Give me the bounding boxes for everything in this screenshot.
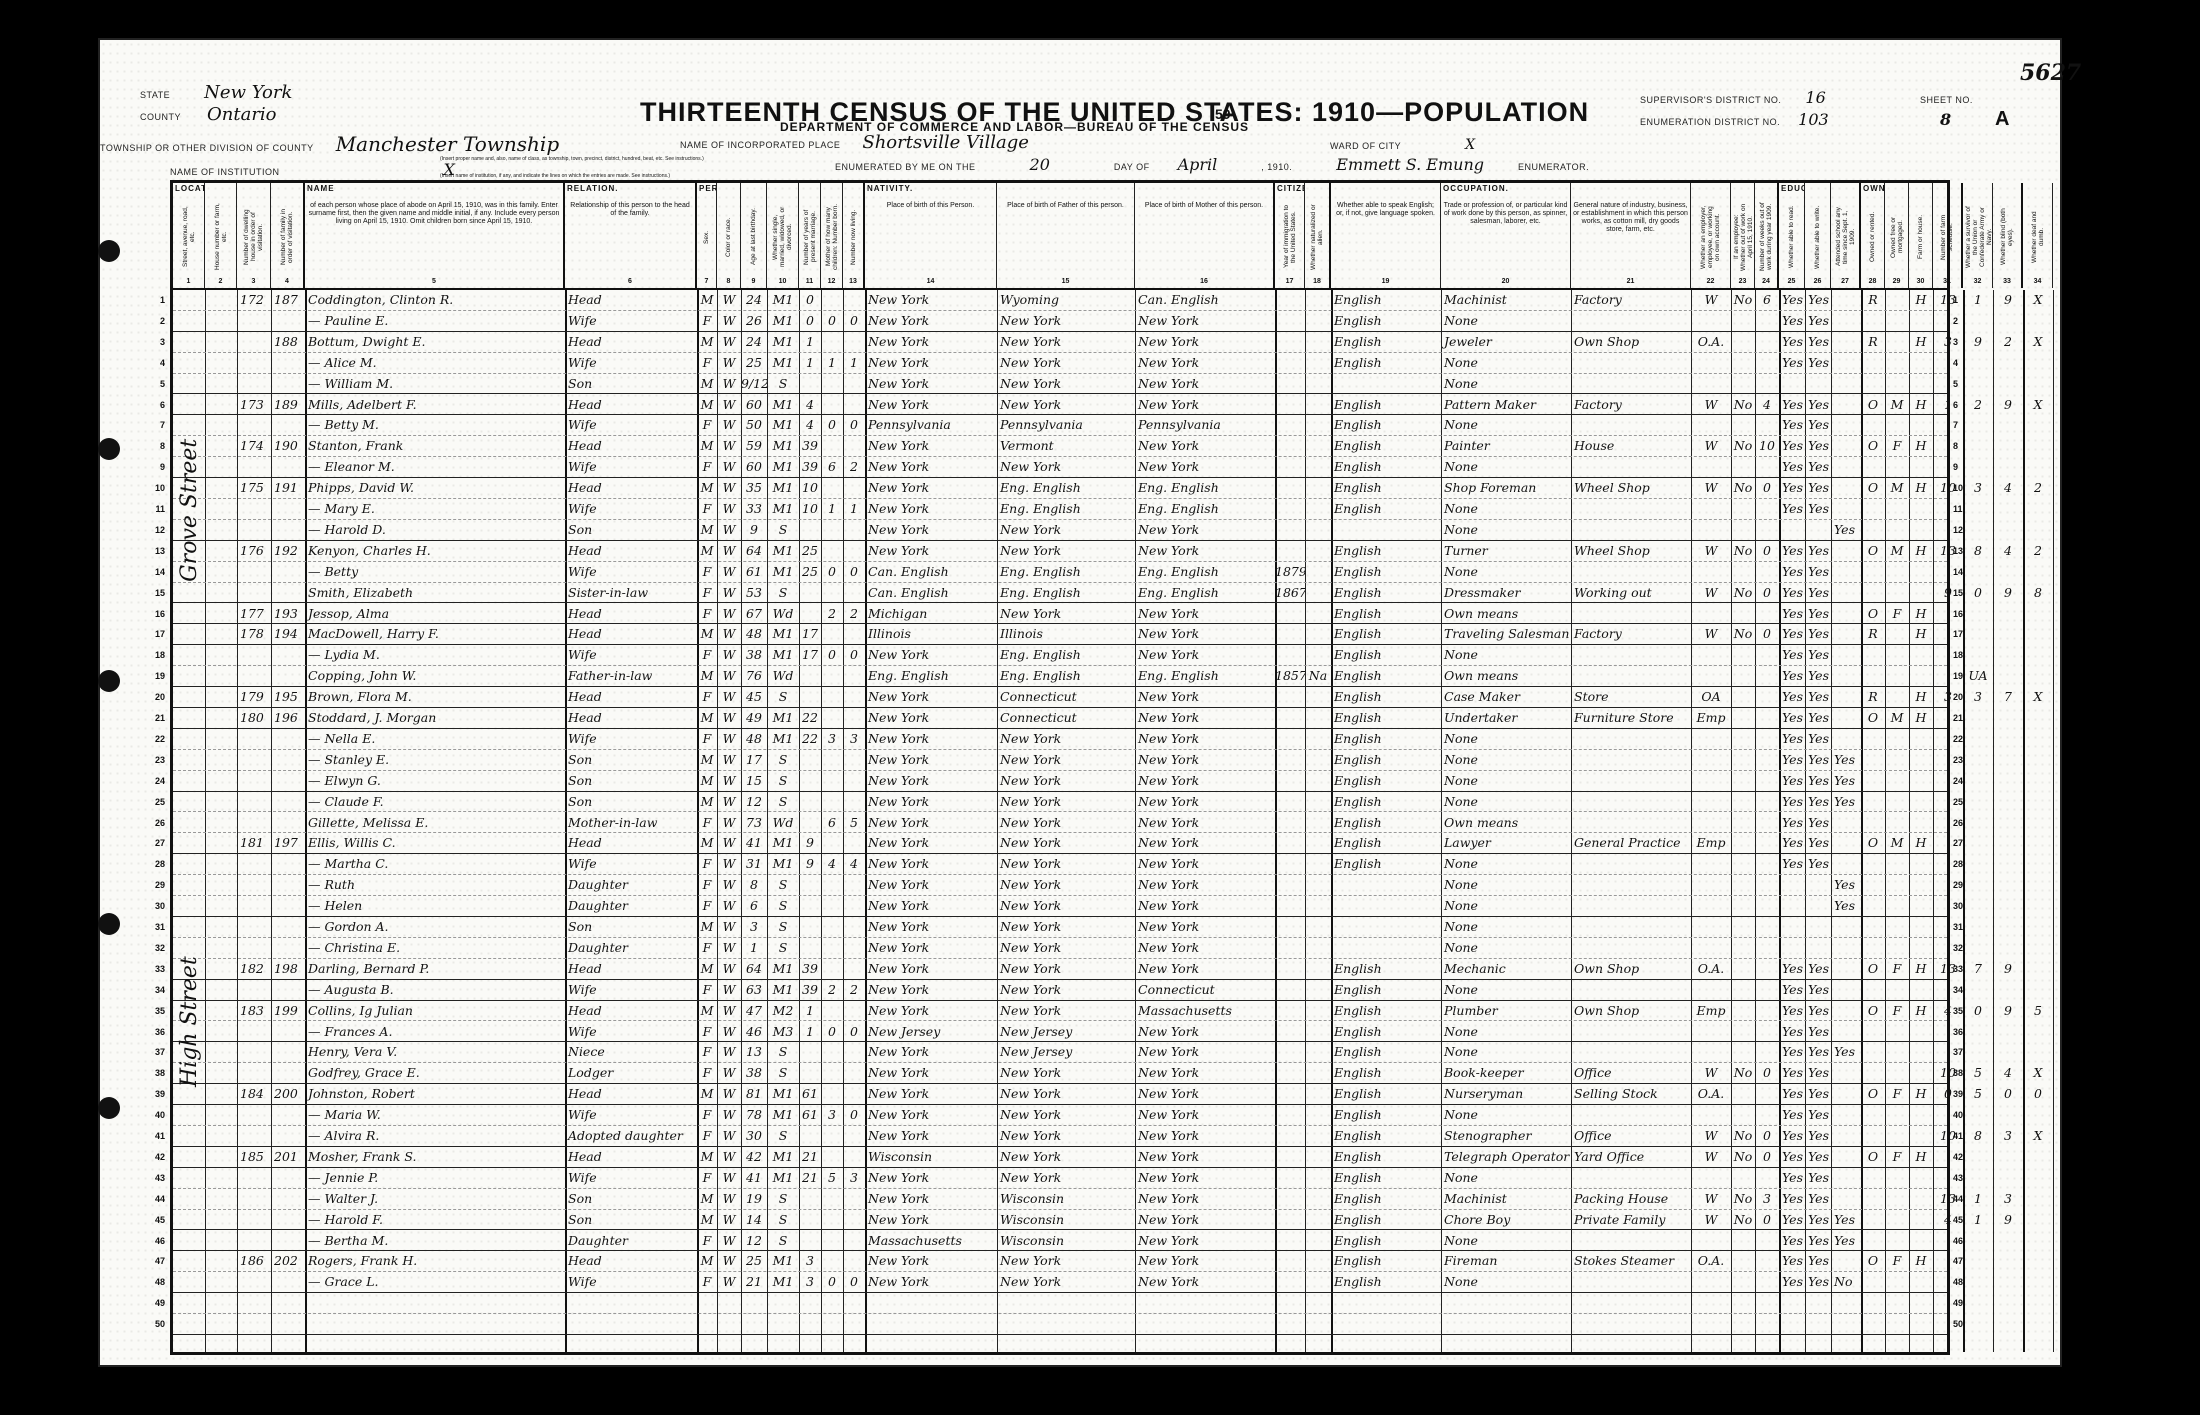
cell-race: W [717,833,741,853]
table-row: 3434— Augusta B.WifeFW63M13922New YorkNe… [173,980,1947,1001]
ward-value: X [1465,137,1475,153]
cell-sex: M [697,750,717,770]
cell-birthplace: New York [865,374,997,394]
cell-birthplace: New York [865,792,997,812]
supervisor-district-field: Supervisor's District No. 16 [1640,88,1826,108]
cell-employer: O.A. [1691,332,1731,352]
cell-d3: 9 [1993,959,2023,979]
cell-marital: S [767,583,799,603]
cell-farm-house [1909,1210,1933,1230]
cell-weeks-out [1755,1293,1779,1313]
cell-d1 [1933,645,1963,665]
cell-d2 [1963,771,1993,791]
cell-out-of-work [1731,687,1755,707]
column-header-relation: RELATION.Relationship of this person to … [565,183,697,288]
cell-language: English [1331,1084,1441,1104]
line-number: 41 [137,1126,165,1146]
cell-out-of-work [1731,1105,1755,1125]
cell-race: W [717,624,741,644]
cell-born [821,1001,843,1021]
cell-years-married [799,813,821,833]
line-number: 40 [137,1105,165,1125]
cell-occupation: Traveling Salesman [1441,624,1571,644]
cell-own-rent: O [1861,833,1885,853]
cell-school [1831,499,1861,519]
cell-dwelling [237,1042,271,1062]
cell-birthplace: Michigan [865,604,997,624]
cell-birthplace: New York [865,1001,997,1021]
table-row: 3737Henry, Vera V.NieceFW13SNew YorkNew … [173,1042,1947,1063]
cell-race: W [717,478,741,498]
cell-d1 [1933,750,1963,770]
cell-sex: F [697,938,717,958]
cell-d1 [1933,415,1963,435]
column-header-occupation: OCCUPATION.Trade or profession of, or pa… [1441,183,1571,288]
table-row: 4444— Walter J.SonMW19SNew YorkWisconsin… [173,1189,1947,1210]
cell-language: English [1331,729,1441,749]
cell-d2 [1963,729,1993,749]
county-value: Ontario [207,104,277,125]
cell-farm-house [1909,792,1933,812]
cell-mother-birthplace: Eng. English [1135,666,1275,686]
cell-naturalized [1305,1126,1331,1146]
cell-d1: 13 [1933,541,1963,561]
cell-born [821,708,843,728]
cell-weeks-out [1755,520,1779,540]
cell-read [1779,1293,1805,1313]
cell-read: Yes [1779,980,1805,1000]
cell-own-rent [1861,896,1885,916]
cell-race: W [717,1063,741,1083]
cell-name: — Lydia M. [305,645,565,665]
cell-farm-house [1909,374,1933,394]
column-header-text: Number of years of present marriage. [803,202,817,272]
cell-years-married: 1 [799,1022,821,1042]
cell-living [843,436,865,456]
cell-sex: F [697,562,717,582]
table-row: 3131— Gordon A.SonMW3SNew YorkNew YorkNe… [173,917,1947,938]
cell-employer: W [1691,624,1731,644]
incorporated-place-value: Shortsville Village [862,132,1029,153]
cell-weeks-out: 0 [1755,478,1779,498]
cell-employer [1691,980,1731,1000]
cell-d2: 7 [1963,959,1993,979]
cell-weeks-out [1755,562,1779,582]
table-row: 2626Gillette, Melissa E.Mother-in-lawFW7… [173,813,1947,834]
cell-occupation: Nurseryman [1441,1084,1571,1104]
cell-born [821,1147,843,1167]
cell-d3: 3 [1993,1189,2023,1209]
cell-farm-house: H [1909,1251,1933,1271]
cell-farm-house: H [1909,959,1933,979]
cell-d3 [1993,604,2023,624]
cell-mother-birthplace: New York [1135,645,1275,665]
cell-employer [1691,415,1731,435]
cell-employer [1691,792,1731,812]
cell-write [1805,1293,1831,1313]
cell-own-rent [1861,666,1885,686]
column-header-text: Sex. [703,202,710,272]
table-row: 2323— Stanley E.SonMW17SNew YorkNew York… [173,750,1947,771]
cell-immigration [1275,478,1305,498]
ed-value: 103 [1798,110,1829,129]
cell-d3 [1993,1314,2023,1334]
cell-d3 [1993,645,2023,665]
cell-d1 [1933,499,1963,519]
cell-occupation: Fireman [1441,1251,1571,1271]
cell-immigration [1275,604,1305,624]
cell-name: Stanton, Frank [305,436,565,456]
cell-farm-house [1909,813,1933,833]
cell-school [1831,917,1861,937]
cell-farm-house [1909,1293,1933,1313]
line-number: 42 [137,1147,165,1167]
ward-label: Ward of city [1330,141,1401,151]
cell-birthplace: New York [865,729,997,749]
cell-age: 9 [741,520,767,540]
cell-employer [1691,917,1731,937]
cell-occupation: None [1441,1022,1571,1042]
cell-relation: Head [565,395,697,415]
cell-naturalized [1305,1189,1331,1209]
cell-naturalized [1305,645,1331,665]
cell-weeks-out [1755,959,1779,979]
column-header-text: If an employee: Whether out of work on A… [1733,202,1754,272]
cell-out-of-work [1731,875,1755,895]
cell-years-married [799,1189,821,1209]
cell-years-married: 61 [799,1105,821,1125]
cell-relation: Adopted daughter [565,1126,697,1146]
cell-d3: 4 [1993,478,2023,498]
cell-own-rent [1861,457,1885,477]
cell-d1 [1933,980,1963,1000]
table-row: 1515Smith, ElizabethSister-in-lawFW53SCa… [173,583,1947,604]
line-number: 33 [137,959,165,979]
cell-farm-house [1909,415,1933,435]
cell-farm-house [1909,1314,1933,1334]
cell-read: Yes [1779,1231,1805,1251]
cell-birthplace: New York [865,1210,997,1230]
cell-language: English [1331,290,1441,310]
cell-name: — Augusta B. [305,980,565,1000]
cell-birthplace: New York [865,708,997,728]
cell-sex: M [697,374,717,394]
year-label: , 1910. [1261,162,1292,172]
cell-name: — Gordon A. [305,917,565,937]
cell-age: 6 [741,896,767,916]
cell-born [821,583,843,603]
cell-marital: M1 [767,624,799,644]
cell-living [843,959,865,979]
cell-d4 [2023,1231,2053,1251]
cell-out-of-work: No [1731,1210,1755,1230]
cell-school [1831,959,1861,979]
cell-d3 [1993,499,2023,519]
cell-own-rent [1861,938,1885,958]
cell-marital: M1 [767,1272,799,1292]
cell-occupation: None [1441,1042,1571,1062]
punch-hole-icon [98,913,120,935]
column-group-label: NAME [307,185,335,193]
cell-immigration [1275,959,1305,979]
cell-father-birthplace [997,1314,1135,1334]
cell-industry: Furniture Store [1571,708,1691,728]
cell-occupation: Turner [1441,541,1571,561]
cell-weeks-out: 4 [1755,395,1779,415]
cell-free-mort: M [1885,833,1909,853]
column-header-text: of each person whose place of abode on A… [307,202,561,226]
cell-living [843,541,865,561]
cell-school [1831,562,1861,582]
cell-family: 200 [271,1084,305,1104]
cell-born [821,395,843,415]
cell-age: 76 [741,666,767,686]
cell-industry [1571,562,1691,582]
cell-own-rent [1861,854,1885,874]
cell-weeks-out [1755,1001,1779,1021]
cell-family [271,729,305,749]
cell-d2 [1963,520,1993,540]
line-number: 18 [137,645,165,665]
cell-living [843,1147,865,1167]
enumerated-month: April [1178,155,1218,174]
cell-write: Yes [1805,1168,1831,1188]
table-row: 11172187Coddington, Clinton R.HeadMW24M1… [173,290,1947,311]
cell-own-rent [1861,645,1885,665]
cell-d2 [1963,1147,1993,1167]
cell-marital: M3 [767,1022,799,1042]
cell-school [1831,1168,1861,1188]
cell-d4: 0 [2023,1084,2053,1104]
cell-family: 190 [271,436,305,456]
cell-free-mort [1885,1189,1909,1209]
cell-language: English [1331,1001,1441,1021]
cell-immigration [1275,436,1305,456]
cell-farm-house: H [1909,833,1933,853]
column-header-text: Number of family in order of visitation. [280,202,294,272]
cell-own-rent [1861,813,1885,833]
table-row: 77— Betty M.WifeFW50M1400PennsylvaniaPen… [173,415,1947,436]
cell-d4 [2023,750,2053,770]
cell-own-rent [1861,562,1885,582]
cell-name: — Martha C. [305,854,565,874]
cell-father-birthplace: Eng. English [997,499,1135,519]
cell-d2 [1963,1231,1993,1251]
cell-immigration [1275,1063,1305,1083]
column-header-text: Owned or rented. [1869,202,1876,272]
cell-sex: F [697,1272,717,1292]
cell-own-rent [1861,311,1885,331]
cell-naturalized [1305,1293,1331,1313]
cell-family [271,1231,305,1251]
cell-sex: F [697,457,717,477]
cell-mother-birthplace: New York [1135,541,1275,561]
cell-free-mort: F [1885,1001,1909,1021]
cell-years-married: 25 [799,562,821,582]
cell-age: 59 [741,436,767,456]
cell-industry [1571,1168,1691,1188]
cell-family [271,896,305,916]
cell-born: 6 [821,457,843,477]
cell-employer: W [1691,478,1731,498]
cell-mother-birthplace: New York [1135,896,1275,916]
cell-dwelling: 178 [237,624,271,644]
cell-employer [1691,374,1731,394]
enumeration-date-field: Enumerated by me on the 20 day of April … [835,155,1589,175]
cell-d1 [1933,374,1963,394]
cell-school: No [1831,1272,1861,1292]
cell-read [1779,875,1805,895]
cell-occupation: None [1441,520,1571,540]
cell-d2 [1963,353,1993,373]
cell-father-birthplace: New York [997,854,1135,874]
cell-birthplace: New York [865,1126,997,1146]
cell-occupation: Stenographer [1441,1126,1571,1146]
cell-immigration [1275,1210,1305,1230]
cell-mother-birthplace: New York [1135,813,1275,833]
cell-born: 0 [821,562,843,582]
cell-mother-birthplace: New York [1135,792,1275,812]
cell-living: 1 [843,499,865,519]
line-number: 23 [137,750,165,770]
cell-free-mort [1885,332,1909,352]
cell-weeks-out [1755,896,1779,916]
cell-race: W [717,854,741,874]
cell-name: Rogers, Frank H. [305,1251,565,1271]
cell-name: — Betty [305,562,565,582]
cell-language: English [1331,436,1441,456]
cell-born: 0 [821,1272,843,1292]
cell-industry: Selling Stock [1571,1084,1691,1104]
cell-language: English [1331,562,1441,582]
cell-birthplace: New York [865,959,997,979]
cell-d1: 10 [1933,1063,1963,1083]
cell-father-birthplace: New York [997,1084,1135,1104]
cell-own-rent: O [1861,541,1885,561]
cell-birthplace: New York [865,980,997,1000]
cell-read: Yes [1779,311,1805,331]
cell-race: W [717,290,741,310]
cell-race: W [717,1272,741,1292]
cell-dwelling [237,415,271,435]
cell-name: — William M. [305,374,565,394]
cell-out-of-work [1731,499,1755,519]
cell-school [1831,457,1861,477]
cell-birthplace: New York [865,896,997,916]
cell-free-mort [1885,875,1909,895]
cell-industry: Store [1571,687,1691,707]
cell-dwelling: 174 [237,436,271,456]
cell-mother-birthplace: New York [1135,687,1275,707]
cell-free-mort [1885,1126,1909,1146]
cell-d1 [1933,896,1963,916]
cell-d4 [2023,1210,2053,1230]
cell-read: Yes [1779,1210,1805,1230]
cell-read: Yes [1779,792,1805,812]
cell-marital: M1 [767,959,799,979]
cell-living [843,1001,865,1021]
cell-industry: House [1571,436,1691,456]
cell-d1 [1933,917,1963,937]
cell-naturalized [1305,332,1331,352]
cell-sex: M [697,1084,717,1104]
line-number: 15 [137,583,165,603]
cell-free-mort [1885,1105,1909,1125]
cell-father-birthplace: New York [997,938,1135,958]
column-header-text: Whether a survivor of the Union or Confe… [1965,202,1993,272]
cell-read: Yes [1779,499,1805,519]
cell-school: Yes [1831,896,1861,916]
cell-weeks-out [1755,499,1779,519]
cell-relation: Head [565,604,697,624]
cell-weeks-out [1755,457,1779,477]
cell-immigration [1275,729,1305,749]
cell-immigration [1275,499,1305,519]
cell-free-mort [1885,917,1909,937]
cell-farm-house: H [1909,1001,1933,1021]
cell-age: 64 [741,959,767,979]
cell-occupation: Painter [1441,436,1571,456]
cell-industry [1571,1231,1691,1251]
cell-mother-birthplace: New York [1135,457,1275,477]
cell-race: W [717,604,741,624]
cell-father-birthplace: Wisconsin [997,1210,1135,1230]
column-divider [2053,290,2054,1352]
cell-immigration [1275,624,1305,644]
cell-name: Coddington, Clinton R. [305,290,565,310]
cell-write: Yes [1805,1042,1831,1062]
cell-school [1831,1126,1861,1146]
cell-immigration [1275,353,1305,373]
punch-hole-icon [98,670,120,692]
cell-sex: M [697,541,717,561]
cell-race: W [717,311,741,331]
cell-own-rent: O [1861,1251,1885,1271]
column-header-father-birthplace: Place of birth of Father of this person.… [997,183,1135,288]
cell-industry [1571,750,1691,770]
cell-relation: Son [565,771,697,791]
cell-race: W [717,1126,741,1146]
column-header-text: Street, avenue, road, etc. [182,202,196,272]
cell-d1 [1933,624,1963,644]
cell-mother-birthplace: New York [1135,332,1275,352]
cell-mother-birthplace: New York [1135,708,1275,728]
cell-name: — Nella E. [305,729,565,749]
cell-relation: Lodger [565,1063,697,1083]
cell-d4 [2023,1042,2053,1062]
table-row: 4646— Bertha M.DaughterFW12SMassachusett… [173,1231,1947,1252]
cell-d3: 9 [1993,1210,2023,1230]
cell-age: 8 [741,875,767,895]
cell-immigration [1275,708,1305,728]
cell-language: English [1331,959,1441,979]
cell-age: 38 [741,645,767,665]
cell-out-of-work [1731,729,1755,749]
street-name: High Street [177,917,199,1126]
cell-farm-house [1909,583,1933,603]
cell-occupation: None [1441,854,1571,874]
cell-dwelling [237,1063,271,1083]
cell-immigration [1275,1001,1305,1021]
cell-born [821,666,843,686]
cell-family [271,415,305,435]
cell-name: Bottum, Dwight E. [305,332,565,352]
line-number: 25 [137,792,165,812]
cell-living [843,583,865,603]
cell-years-married: 39 [799,959,821,979]
cell-d2 [1963,624,1993,644]
cell-living [843,792,865,812]
